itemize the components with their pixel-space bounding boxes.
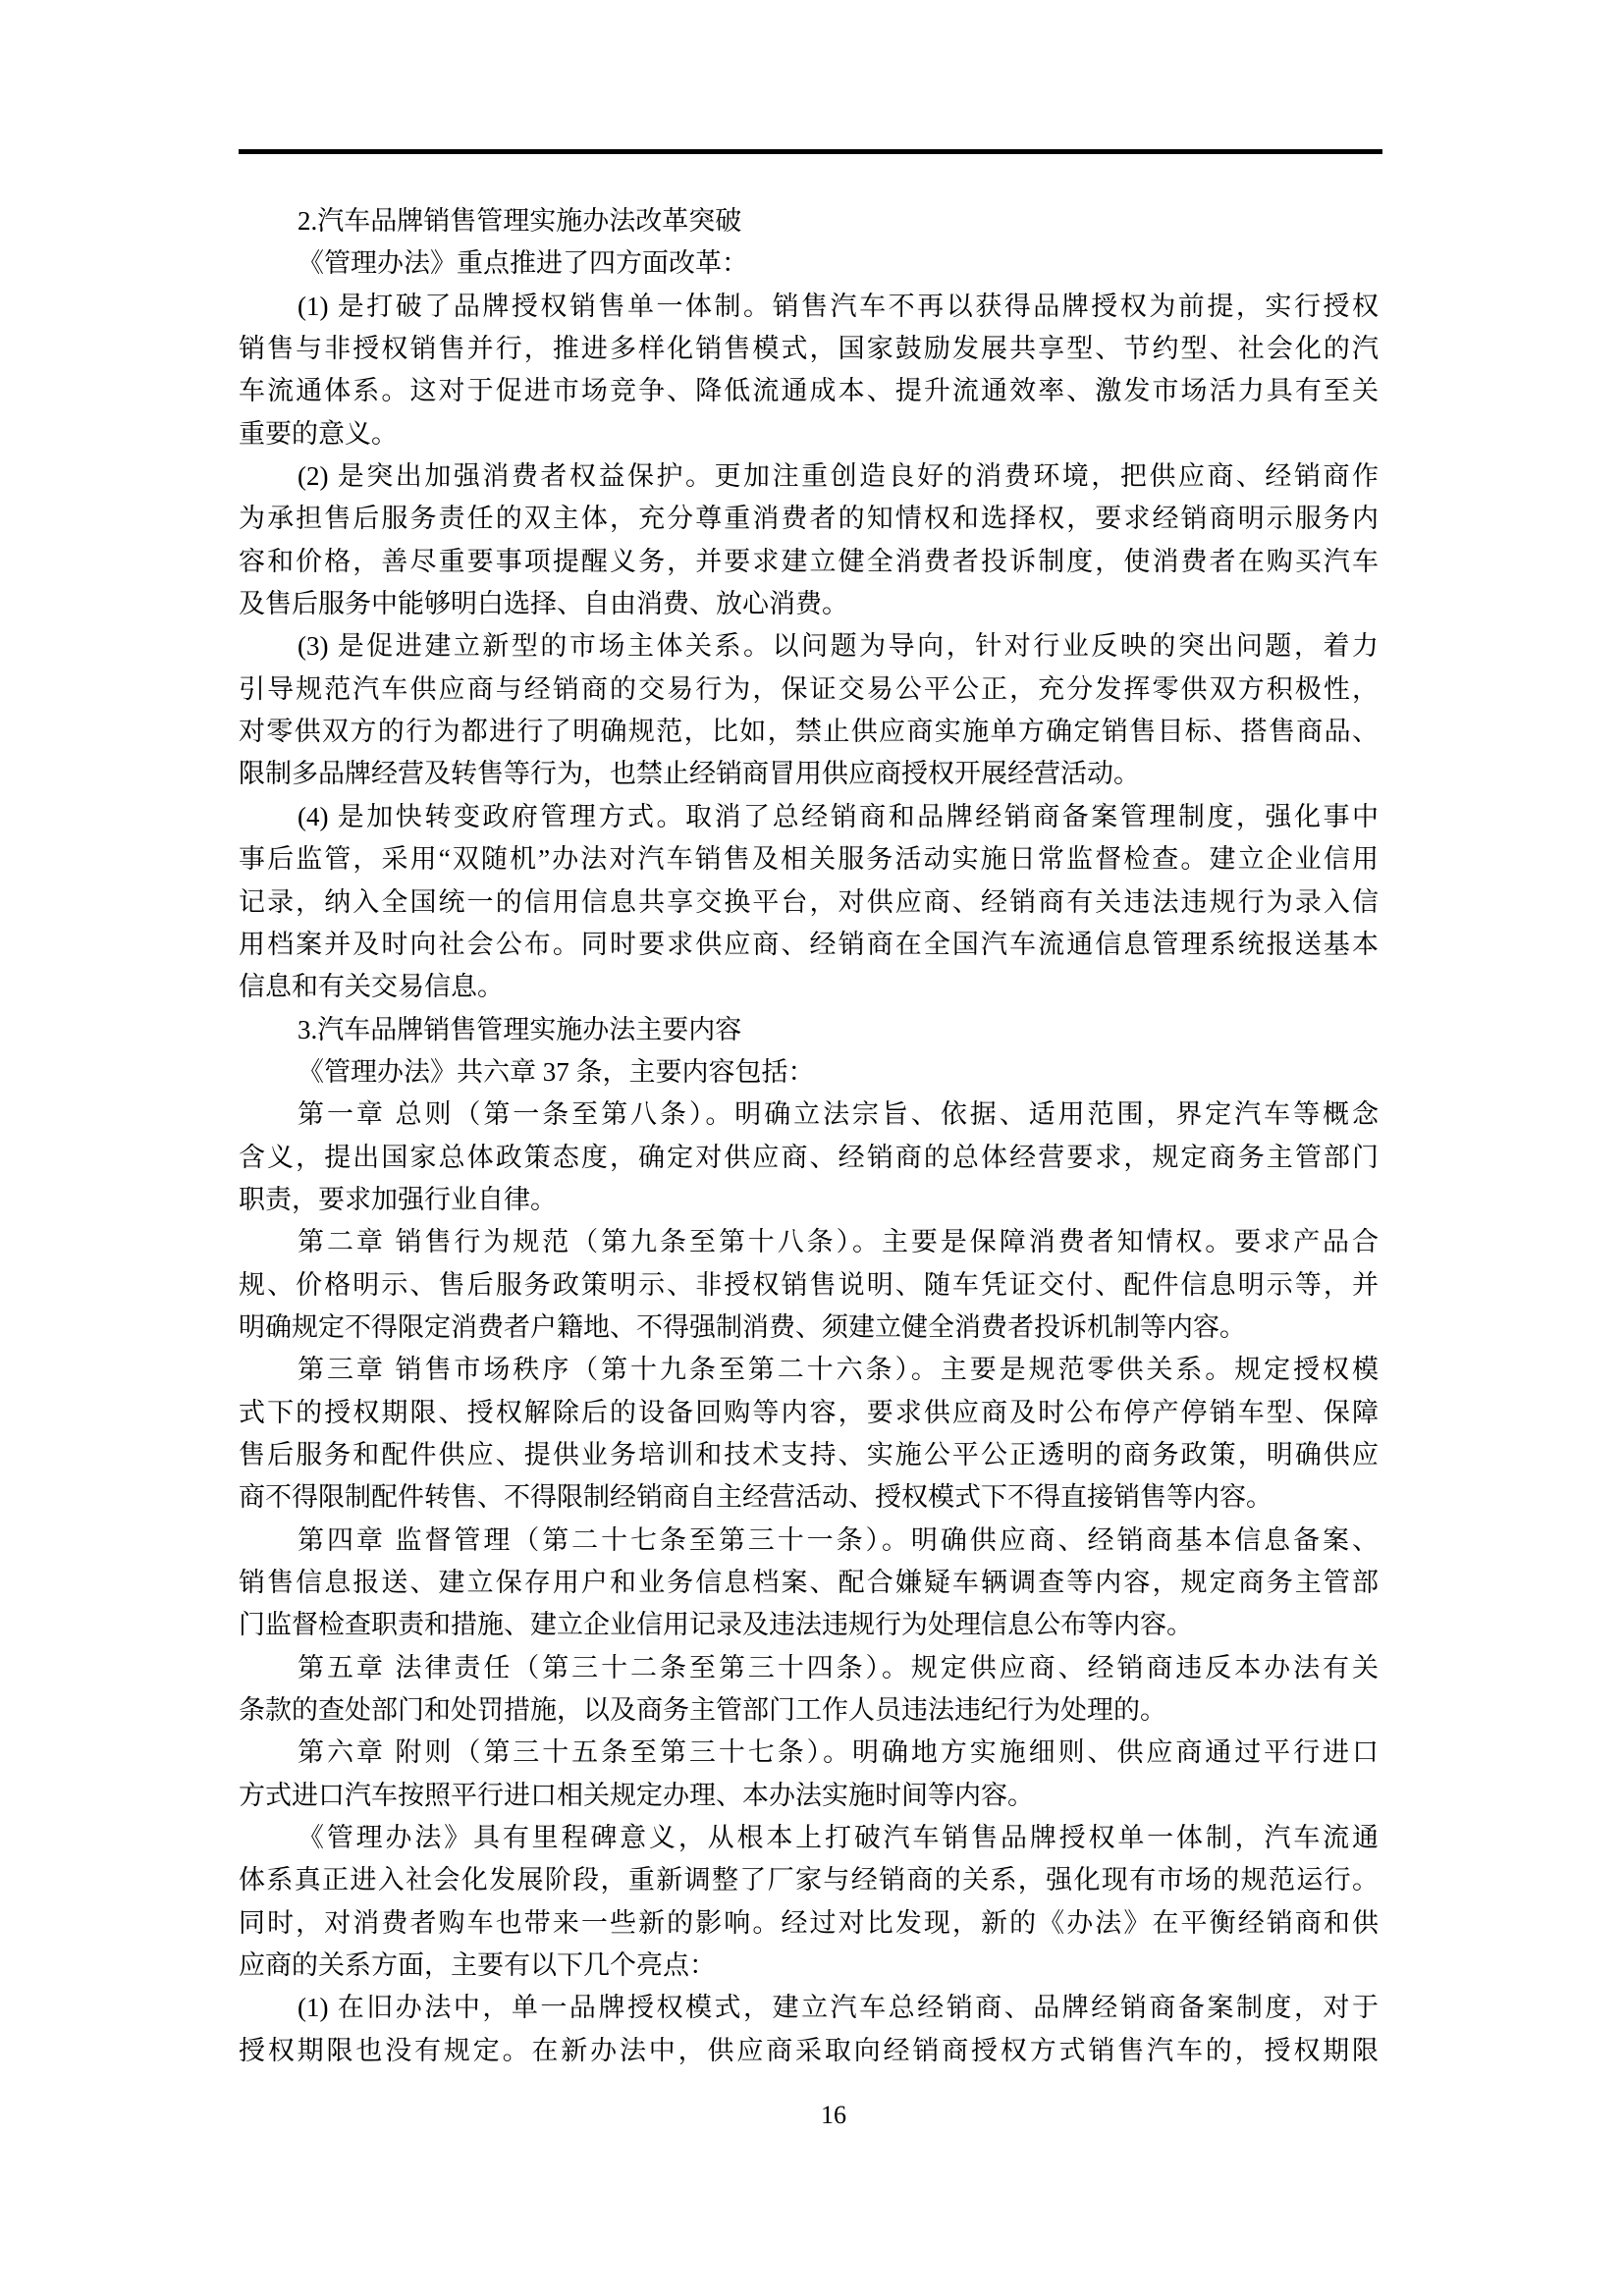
text-line: 方式进口汽车按照平行进口相关规定办理、本办法实施时间等内容。 bbox=[239, 1775, 1379, 1817]
page-number: 16 bbox=[821, 2101, 846, 2130]
text-line: 第三章 销售市场秩序（第十九条至第二十六条）。主要是规范零供关系。规定授权模 bbox=[239, 1349, 1379, 1391]
text-line: 《管理办法》共六章 37 条，主要内容包括： bbox=[239, 1051, 1379, 1094]
text-line: 规、价格明示、售后服务政策明示、非授权销售说明、随车凭证交付、配件信息明示等，并 bbox=[239, 1264, 1379, 1307]
text-line: 车流通体系。这对于促进市场竞争、降低流通成本、提升流通效率、激发市场活力具有至关 bbox=[239, 370, 1379, 412]
text-line: 同时，对消费者购车也带来一些新的影响。经过对比发现，新的《办法》在平衡经销商和供 bbox=[239, 1902, 1379, 1945]
text-line: 销售信息报送、建立保存用户和业务信息档案、配合嫌疑车辆调查等内容，规定商务主管部 bbox=[239, 1562, 1379, 1604]
text-line: 第六章 附则（第三十五条至第三十七条）。明确地方实施细则、供应商通过平行进口 bbox=[239, 1732, 1379, 1774]
text-line: 为承担售后服务责任的双主体，充分尊重消费者的知情权和选择权，要求经销商明示服务内 bbox=[239, 498, 1379, 540]
text-line: 重要的意义。 bbox=[239, 413, 1379, 455]
text-line: 应商的关系方面，主要有以下几个亮点： bbox=[239, 1945, 1379, 1987]
text-line: 容和价格，善尽重要事项提醒义务，并要求建立健全消费者投诉制度，使消费者在购买汽车 bbox=[239, 541, 1379, 583]
text-line: (2) 是突出加强消费者权益保护。更加注重创造良好的消费环境，把供应商、经销商作 bbox=[239, 455, 1379, 498]
text-line: 商不得限制配件转售、不得限制经销商自主经营活动、授权模式下不得直接销售等内容。 bbox=[239, 1476, 1379, 1519]
text-line: 第五章 法律责任（第三十二条至第三十四条）。规定供应商、经销商违反本办法有关 bbox=[239, 1647, 1379, 1689]
text-line: 用档案并及时向社会公布。同时要求供应商、经销商在全国汽车流通信息管理系统报送基本 bbox=[239, 924, 1379, 966]
text-line: 授权期限也没有规定。在新办法中，供应商采取向经销商授权方式销售汽车的，授权期限 bbox=[239, 2030, 1379, 2072]
text-line: (4) 是加快转变政府管理方式。取消了总经销商和品牌经销商备案管理制度，强化事中 bbox=[239, 796, 1379, 838]
text-line: 明确规定不得限定消费者户籍地、不得强制消费、须建立健全消费者投诉机制等内容。 bbox=[239, 1307, 1379, 1349]
document-page: 2.汽车品牌销售管理实施办法改革突破《管理办法》重点推进了四方面改革：(1) 是… bbox=[0, 0, 1624, 2296]
text-line: 《管理办法》重点推进了四方面改革： bbox=[239, 242, 1379, 285]
text-line: 记录，纳入全国统一的信用信息共享交换平台，对供应商、经销商有关违法违规行为录入信 bbox=[239, 881, 1379, 924]
header-rule-divider bbox=[239, 149, 1382, 154]
text-line: 信息和有关交易信息。 bbox=[239, 966, 1379, 1008]
text-line: 对零供双方的行为都进行了明确规范，比如，禁止供应商实施单方确定销售目标、搭售商品… bbox=[239, 711, 1379, 753]
text-line: 售后服务和配件供应、提供业务培训和技术支持、实施公平公正透明的商务政策，明确供应 bbox=[239, 1434, 1379, 1476]
text-line: 及售后服务中能够明白选择、自由消费、放心消费。 bbox=[239, 583, 1379, 625]
text-line: 2.汽车品牌销售管理实施办法改革突破 bbox=[239, 200, 1379, 242]
text-line: 式下的授权期限、授权解除后的设备回购等内容，要求供应商及时公布停产停销车型、保障 bbox=[239, 1392, 1379, 1434]
text-line: 限制多品牌经营及转售等行为，也禁止经销商冒用供应商授权开展经营活动。 bbox=[239, 753, 1379, 795]
text-line: 引导规范汽车供应商与经销商的交易行为，保证交易公平公正，充分发挥零供双方积极性， bbox=[239, 668, 1379, 711]
text-line: (1) 在旧办法中，单一品牌授权模式，建立汽车总经销商、品牌经销商备案制度，对于 bbox=[239, 1987, 1379, 2029]
text-line: 门监督检查职责和措施、建立企业信用记录及违法违规行为处理信息公布等内容。 bbox=[239, 1604, 1379, 1646]
text-line: 第四章 监督管理（第二十七条至第三十一条）。明确供应商、经销商基本信息备案、 bbox=[239, 1520, 1379, 1562]
text-line: (1) 是打破了品牌授权销售单一体制。销售汽车不再以获得品牌授权为前提，实行授权 bbox=[239, 286, 1379, 328]
text-line: 体系真正进入社会化发展阶段，重新调整了厂家与经销商的关系，强化现有市场的规范运行… bbox=[239, 1859, 1379, 1901]
text-line: 第一章 总则（第一条至第八条）。明确立法宗旨、依据、适用范围，界定汽车等概念 bbox=[239, 1094, 1379, 1136]
document-body: 2.汽车品牌销售管理实施办法改革突破《管理办法》重点推进了四方面改革：(1) 是… bbox=[239, 200, 1379, 2072]
text-line: 含义，提出国家总体政策态度，确定对供应商、经销商的总体经营要求，规定商务主管部门 bbox=[239, 1137, 1379, 1179]
text-line: 条款的查处部门和处罚措施，以及商务主管部门工作人员违法违纪行为处理的。 bbox=[239, 1689, 1379, 1732]
text-line: (3) 是促进建立新型的市场主体关系。以问题为导向，针对行业反映的突出问题，着力 bbox=[239, 625, 1379, 667]
text-line: 第二章 销售行为规范（第九条至第十八条）。主要是保障消费者知情权。要求产品合 bbox=[239, 1221, 1379, 1263]
text-line: 事后监管，采用“双随机”办法对汽车销售及相关服务活动实施日常监督检查。建立企业信… bbox=[239, 838, 1379, 881]
text-line: 职责，要求加强行业自律。 bbox=[239, 1179, 1379, 1221]
text-line: 3.汽车品牌销售管理实施办法主要内容 bbox=[239, 1009, 1379, 1051]
text-line: 《管理办法》具有里程碑意义，从根本上打破汽车销售品牌授权单一体制，汽车流通 bbox=[239, 1817, 1379, 1859]
text-line: 销售与非授权销售并行，推进多样化销售模式，国家鼓励发展共享型、节约型、社会化的汽 bbox=[239, 328, 1379, 370]
